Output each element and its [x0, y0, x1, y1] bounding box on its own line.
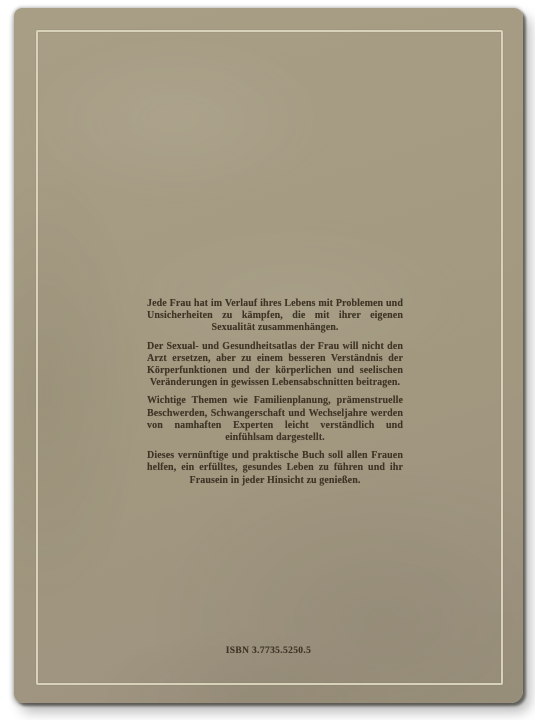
isbn-text: ISBN 3.7735.5250.5	[14, 646, 523, 656]
blurb-paragraph: Dieses vernünftige und praktische Buch s…	[147, 450, 403, 487]
blurb-paragraph: Der Sexual- und Gesundheitsatlas der Fra…	[147, 341, 403, 390]
photo-background: { "cover": { "paragraphs": [ "Jede Frau …	[0, 0, 535, 720]
blurb-text-block: Jede Frau hat im Verlauf ihres Lebens mi…	[147, 298, 403, 493]
blurb-paragraph: Jede Frau hat im Verlauf ihres Lebens mi…	[147, 298, 403, 335]
blurb-paragraph: Wichtige Themen wie Familienplanung, prä…	[147, 395, 403, 444]
book-back-cover: Jede Frau hat im Verlauf ihres Lebens mi…	[14, 8, 523, 703]
